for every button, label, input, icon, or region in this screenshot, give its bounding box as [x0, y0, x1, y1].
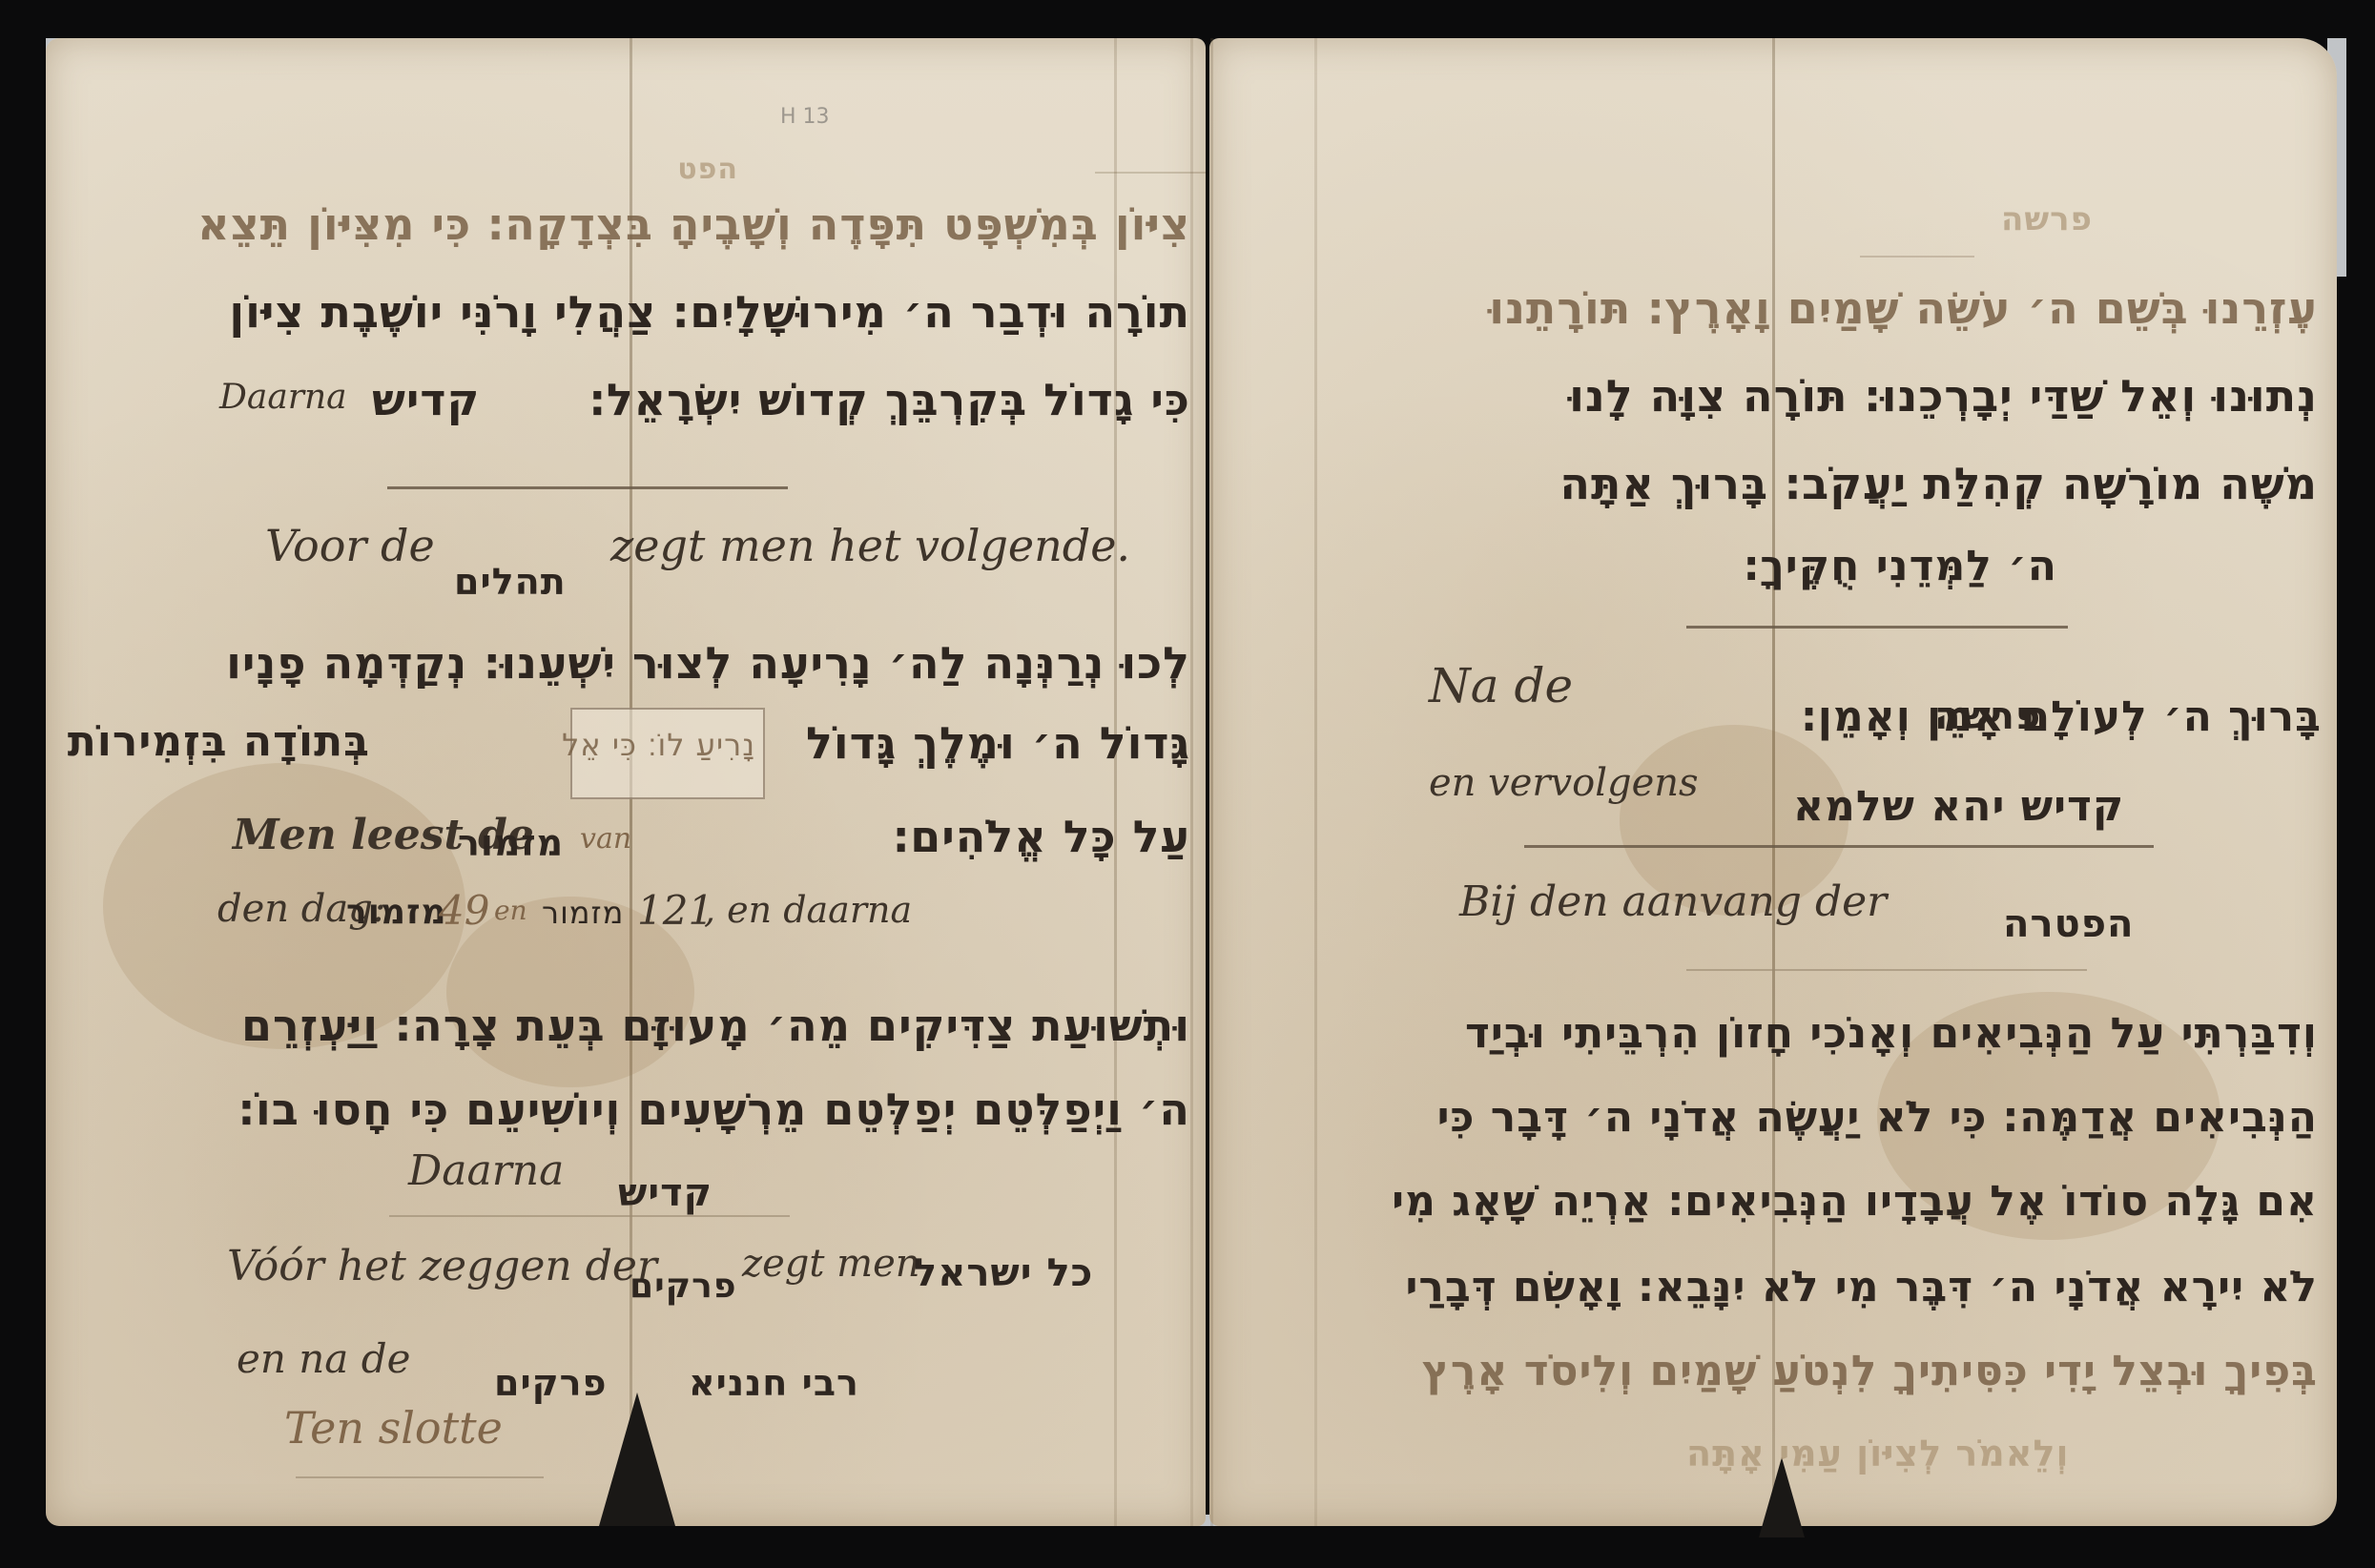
faint-header: הפט — [677, 153, 738, 186]
dutch-text: Voor de — [265, 520, 435, 571]
kaddish-label: קדיש יהא שלמא — [1793, 782, 2124, 831]
hebrew-term: תהלים — [454, 561, 567, 603]
psalm-number: 121 — [637, 887, 713, 934]
dutch-text: Na de — [1429, 658, 1573, 713]
fold-line — [1114, 38, 1117, 1526]
paper-tear — [599, 1393, 675, 1526]
hebrew-line: כִּי גָדוֹל בְּקִרְבֵּךְ קְדוֹשׁ יִשְׂרָ… — [589, 374, 1190, 425]
hebrew-term: מזמור — [458, 822, 564, 864]
dutch-text: zegt men — [742, 1242, 920, 1286]
hebrew-term: פרקים — [630, 1267, 737, 1306]
hebrew-line: תוֹרָה וּדְבַר ה׳ מִירוּשָׁלָיִם׃ צַהֲלִ… — [229, 286, 1190, 338]
divider — [389, 1215, 790, 1217]
dutch-text: , en daarna — [704, 889, 912, 931]
hebrew-line: מֹשֶׁה מוֹרָשָׁה קְהִלַּת יַעֲקֹב׃ בָּרו… — [1559, 458, 2318, 509]
hebrew-line: ה׳ לַמְּדֵנִי חֻקֶּיךָ׃ — [1744, 542, 2057, 590]
divider — [1524, 845, 2154, 848]
dutch-text: en na de — [237, 1335, 410, 1382]
fold-line-horizontal — [1095, 172, 1206, 174]
hebrew-phrase: כל ישראל — [914, 1251, 1093, 1295]
hebrew-line: עַל כָּל אֱלֹהִים׃ — [893, 811, 1190, 862]
dutch-text: en — [494, 895, 527, 926]
divider — [1686, 626, 2068, 629]
hebrew-line: הַנְּבִיאִים אֲדַמֶּה׃ כִּי לֹא יַעֲשֶׂה… — [1437, 1093, 2318, 1142]
hebrew-phrase: רבי חנניא — [689, 1362, 859, 1404]
dutch-text: van — [580, 822, 631, 856]
dutch-daarna: Daarna — [408, 1146, 564, 1195]
kaddish-label: קדיש — [372, 374, 480, 425]
kaddish-label: קדיש — [618, 1171, 712, 1215]
fold-line — [1314, 38, 1317, 1526]
hebrew-line: גָּדוֹל ה׳ וּמֶלֶךְ גָּדוֹל — [806, 717, 1190, 769]
hebrew-line: וּתְשׁוּעַת צַדִּיקִים מֵה׳ מָעוּזָּם בְ… — [241, 1000, 1190, 1051]
left-page: H 13 הפט צִיּוֹן בְּמִשְׁפָּט תִּפָּדֶה … — [46, 38, 1206, 1526]
hebrew-term: הפטרה — [2003, 902, 2135, 946]
divider — [1686, 969, 2087, 971]
hebrew-line: וְלֵאמֹר לְצִיּוֹן עַמִּי אָתָּה — [1686, 1433, 2070, 1475]
dutch-text: zegt men het volgende. — [610, 520, 1130, 571]
divider — [296, 1476, 544, 1478]
hebrew-line: לְכוּ נְרַנְּנָה לַה׳ נָרִיעָה לְצוּר יִ… — [226, 637, 1190, 689]
faint-header: פרשה — [2001, 200, 2093, 238]
divider — [1860, 256, 1974, 258]
hebrew-line: וְדִבַּרְתִּי עַל הַנְּבִיאִים וְאָנֹכִי… — [1465, 1009, 2318, 1058]
dutch-daarna: Daarna — [219, 378, 347, 417]
hebrew-line: ה׳ וַיְפַלְּטֵם יְפַלְּטֵם מֵרְשָׁעִים ו… — [238, 1083, 1190, 1135]
dutch-text: en vervolgens — [1429, 761, 1699, 805]
hebrew-phrase: בָּרוּךְ ה׳ לְעוֹלָם אָמֵן וְאָמֵן׃ — [1801, 692, 2322, 741]
right-page: פרשה עֶזְרֵנוּ בְּשֵׁם ה׳ עֹשֵׂה שָׁמַיִ… — [1209, 38, 2337, 1526]
hebrew-line: לֹא יִירָא אֲדֹנָי ה׳ דִּבֶּר מִי לֹא יִ… — [1405, 1263, 2318, 1311]
dutch-text: Vóór het zeggen der — [227, 1242, 657, 1290]
hebrew-term: מזמור — [346, 893, 447, 932]
hebrew-term: מזמור — [542, 895, 624, 931]
psalm-number: 49 — [439, 887, 489, 934]
hebrew-line: צִיּוֹן בְּמִשְׁפָּט תִּפָּדֶה וְשָׁבֶיה… — [197, 198, 1190, 250]
fold-line — [1210, 38, 1213, 1526]
hebrew-term: פרקים — [494, 1362, 608, 1404]
hebrew-line: עֶזְרֵנוּ בְּשֵׁם ה׳ עֹשֵׂה שָׁמַיִם וָא… — [1489, 282, 2318, 334]
correction-text: נָרִיעַ לוֹ׃ כִּי אֵל — [562, 727, 755, 763]
pencil-mark: H 13 — [780, 105, 830, 129]
hebrew-line: בְּפִיךָ וּבְצֵל יָדִי כִּסִּיתִיךָ לִנְ… — [1422, 1347, 2318, 1395]
hebrew-line: נְתוּנוּ וְאֵל שַׁדַּי יְבָרְכֵנוּ׃ תּוֹ… — [1569, 370, 2318, 422]
hebrew-line: בְּתוֹדָה בִּזְמִירוֹת — [65, 717, 370, 766]
dutch-text: Bij den aanvang der — [1459, 877, 1887, 926]
divider — [387, 486, 788, 489]
hebrew-line: אִם גָּלָה סוֹדוֹ אֶל עֲבָדָיו הַנְּבִיא… — [1392, 1177, 2318, 1226]
correction-slip: נָרִיעַ לוֹ׃ כִּי אֵל — [570, 708, 765, 799]
fold-line — [1190, 38, 1193, 1526]
closing-text: Ten slotte — [284, 1402, 503, 1454]
